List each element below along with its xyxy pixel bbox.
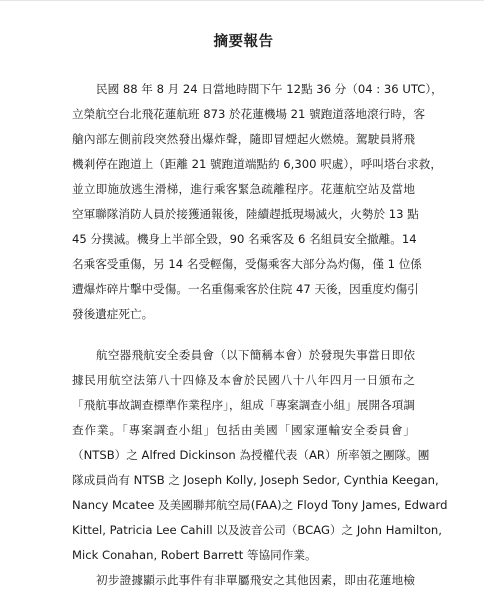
paragraph-1-line-7: 45 分撲滅。機身上半部全毀，90 名乘客及 6 名組員安全撤離。14 xyxy=(72,232,415,246)
paragraph-2-line-8: Kittel, Patricia Lee Cahill 以及波音公司（BCAG）… xyxy=(72,523,415,537)
paragraph-2-line-7: Nancy Mcatee 及美國聯邦航空局(FAA)之 Floyd Tony J… xyxy=(72,498,415,512)
paragraph-1-line-6: 空軍聯隊消防人員於接獲通報後，陸續趕抵現場滅火，火勢於 13 點 xyxy=(72,207,415,221)
top-border xyxy=(0,0,484,1)
paragraph-1-line-4: 機剎停在跑道上（距離 21 號跑道端點約 6,300 呎處），呼叫塔台求救， xyxy=(72,157,415,171)
paragraph-2-line-2: 據民用航空法第八十四條及本會於民國八十八年四月一日頒布之 xyxy=(72,373,415,387)
paragraph-1-line-8: 名乘客受重傷，另 14 名受輕傷，受傷乘客大部分為灼傷，僅 1 位係 xyxy=(72,257,415,271)
paragraph-2-line-9: Mick Conahan, Robert Barrett 等協同作業。 xyxy=(72,548,415,562)
paragraph-2-line-3: 「飛航事故調查標準作業程序」，組成「專案調查小組」展開各項調 xyxy=(72,398,415,412)
paragraph-2-line-6: 隊成員尚有 NTSB 之 Joseph Kolly, Joseph Sedor,… xyxy=(72,473,415,487)
paragraph-2-line-1: 航空器飛航安全委員會（以下簡稱本會）於發現失事當日即依 xyxy=(72,348,415,362)
paragraph-1-line-5: 並立即施放逃生滑梯，進行乘客緊急疏離程序。花蓮航空站及當地 xyxy=(72,182,415,196)
paragraph-1-line-2: 立榮航空台北飛花蓮航班 873 於花蓮機場 21 號跑道落地滾行時，客 xyxy=(72,107,415,121)
document-title: 摘要報告 xyxy=(72,30,415,51)
paragraph-2-line-4: 查作業。「專案調查小組」包括由美國「國家運輸安全委員會」 xyxy=(72,423,415,437)
paragraph-1-line-10: 發後遺症死亡。 xyxy=(72,307,415,321)
paragraph-1-line-9: 遭爆炸碎片擊中受傷。一名重傷乘客於住院 47 天後，因重度灼傷引 xyxy=(72,282,415,296)
paragraph-3-line-1: 初步證據顯示此事件有非單屬飛安之其他因素，即由花蓮地檢 xyxy=(72,573,415,587)
paragraph-2-line-5: （NTSB）之 Alfred Dickinson 為授權代表（AR）所率領之團隊… xyxy=(72,448,415,462)
paragraph-1-line-1: 民國 88 年 8 月 24 日當地時間下午 12點 36 分（04 : 36 … xyxy=(72,82,415,96)
paragraph-1-line-3: 艙內部左側前段突然發出爆炸聲，隨即冒煙起火燃燒。駕駛員將飛 xyxy=(72,132,415,146)
